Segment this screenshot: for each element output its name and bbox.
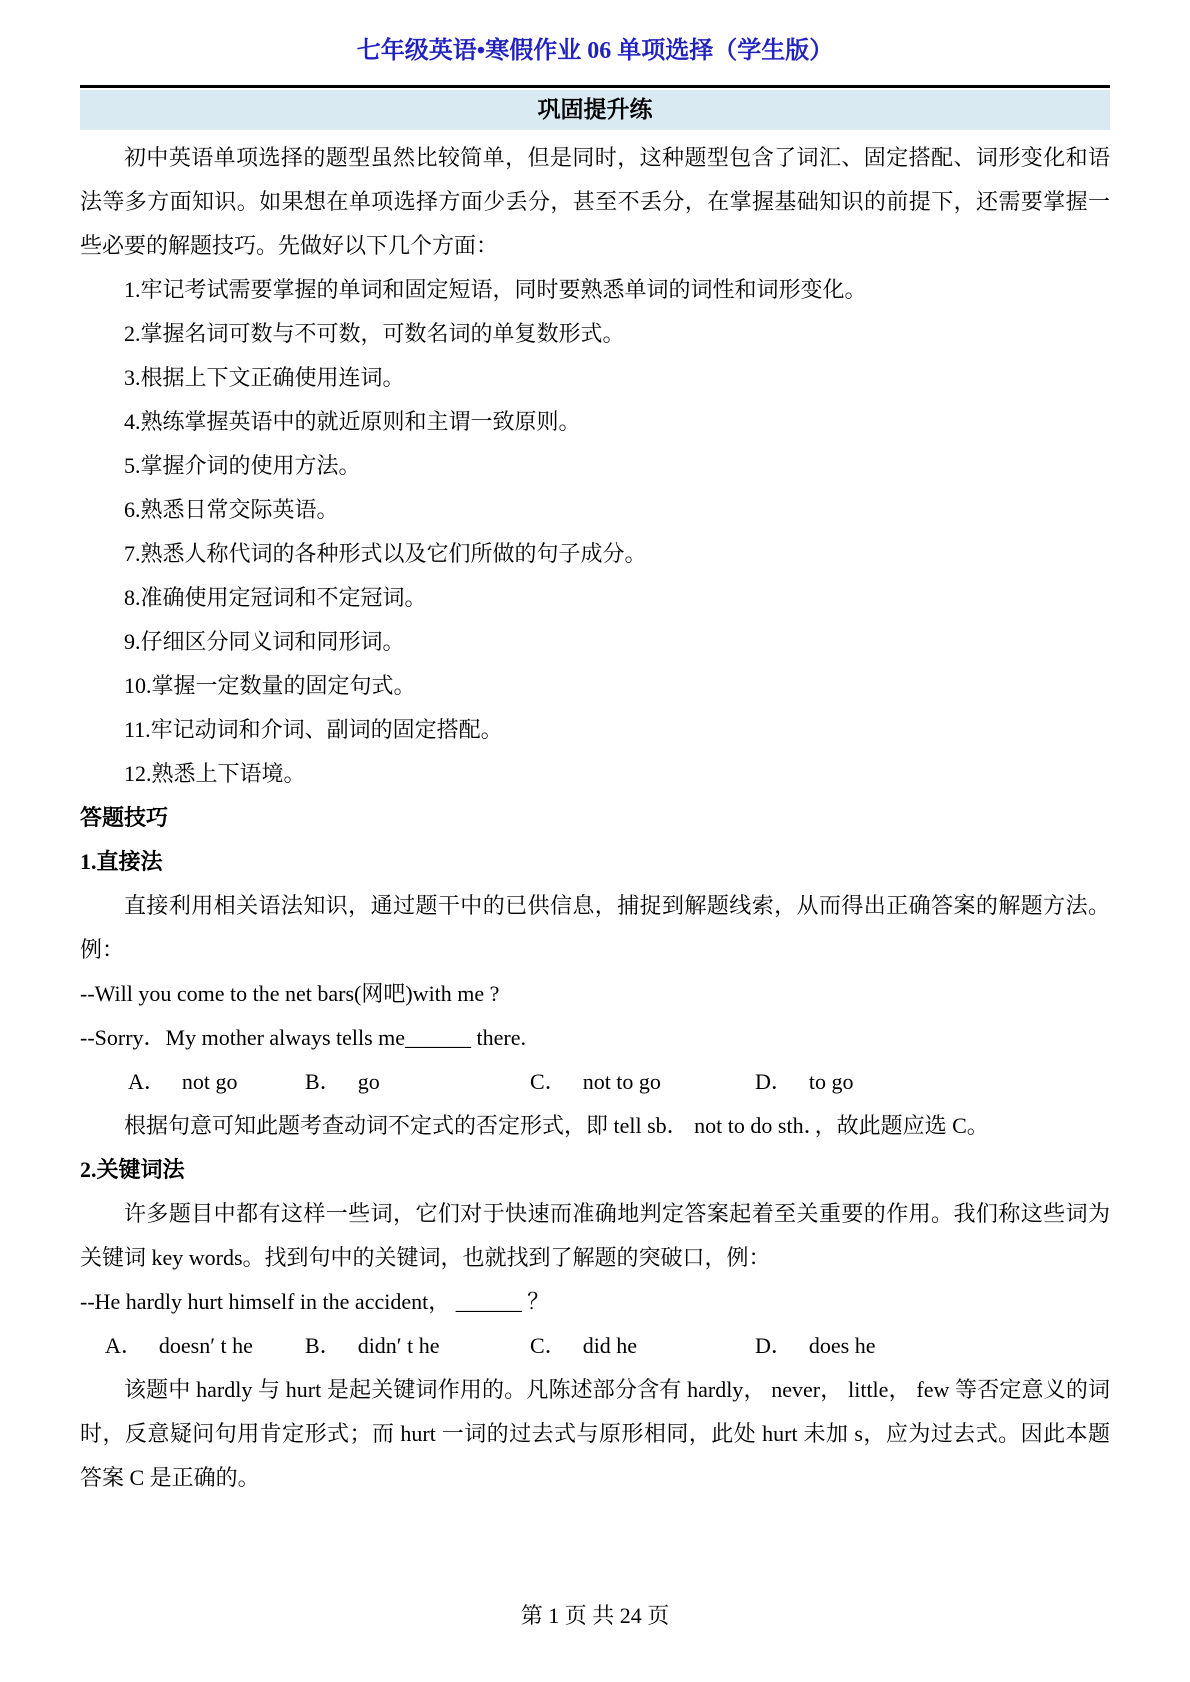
list-item: 1.牢记考试需要掌握的单词和固定短语，同时要熟悉单词的词性和词形变化。 (80, 268, 1110, 312)
option-label: A． (128, 1069, 166, 1094)
list-item: 2.掌握名词可数与不可数，可数名词的单复数形式。 (80, 312, 1110, 356)
option-label: D． (755, 1333, 793, 1358)
list-item: 3.根据上下文正确使用连词。 (80, 356, 1110, 400)
option-label: A． (105, 1333, 143, 1358)
option-label: C． (530, 1333, 567, 1358)
method1-explanation: 根据句意可知此题考查动词不定式的否定形式，即 tell sb． not to d… (80, 1104, 1110, 1148)
option-label: D． (755, 1069, 793, 1094)
option-text: not to go (583, 1069, 661, 1094)
list-item: 12.熟悉上下语境。 (80, 752, 1110, 796)
list-item: 5.掌握介词的使用方法。 (80, 444, 1110, 488)
question1-line1: --Will you come to the net bars(网吧)with … (80, 972, 1110, 1016)
option-text: to go (809, 1069, 854, 1094)
list-item: 8.准确使用定冠词和不定冠词。 (80, 576, 1110, 620)
option-a: A．not go (128, 1060, 305, 1104)
question1-line2: --Sorry．My mother always tells me______ … (80, 1016, 1110, 1060)
method1-title: 1.直接法 (80, 840, 1110, 884)
option-d: D．does he (755, 1324, 1110, 1368)
method2-title: 2.关键词法 (80, 1148, 1110, 1192)
option-d: D．to go (755, 1060, 1110, 1104)
option-label: C． (530, 1069, 567, 1094)
list-item: 7.熟悉人称代词的各种形式以及它们所做的句子成分。 (80, 532, 1110, 576)
option-c: C．did he (530, 1324, 755, 1368)
option-a: A．doesn′ t he (105, 1324, 305, 1368)
document-page: 七年级英语•寒假作业 06 单项选择（学生版） 巩固提升练 初中英语单项选择的题… (0, 0, 1190, 1682)
list-item: 4.熟练掌握英语中的就近原则和主谓一致原则。 (80, 400, 1110, 444)
question1-options: A．not go B．go C．not to go D．to go (80, 1060, 1110, 1104)
option-label: B． (305, 1069, 342, 1094)
header-divider (80, 85, 1110, 88)
option-c: C．not to go (530, 1060, 755, 1104)
document-body: 初中英语单项选择的题型虽然比较简单，但是同时，这种题型包含了词汇、固定搭配、词形… (0, 130, 1190, 1500)
option-label: B． (305, 1333, 342, 1358)
option-text: not go (182, 1069, 238, 1094)
option-text: didn′ t he (358, 1333, 440, 1358)
option-text: did he (583, 1333, 637, 1358)
option-b: B．didn′ t he (305, 1324, 530, 1368)
list-item: 11.牢记动词和介词、副词的固定搭配。 (80, 708, 1110, 752)
list-item: 10.掌握一定数量的固定句式。 (80, 664, 1110, 708)
method2-explanation: 该题中 hardly 与 hurt 是起关键词作用的。凡陈述部分含有 hardl… (80, 1368, 1110, 1500)
option-text: doesn′ t he (159, 1333, 253, 1358)
question2-line1: --He hardly hurt himself in the accident… (80, 1280, 1110, 1324)
list-item: 9.仔细区分同义词和同形词。 (80, 620, 1110, 664)
option-b: B．go (305, 1060, 530, 1104)
intro-paragraph: 初中英语单项选择的题型虽然比较简单，但是同时，这种题型包含了词汇、固定搭配、词形… (80, 136, 1110, 268)
section-banner: 巩固提升练 (80, 90, 1110, 130)
method1-description: 直接利用相关语法知识，通过题干中的已供信息，捕捉到解题线索，从而得出正确答案的解… (80, 884, 1110, 972)
method2-description: 许多题目中都有这样一些词，它们对于快速而准确地判定答案起着至关重要的作用。我们称… (80, 1192, 1110, 1280)
list-item: 6.熟悉日常交际英语。 (80, 488, 1110, 532)
page-title: 七年级英语•寒假作业 06 单项选择（学生版） (80, 0, 1110, 65)
page-number: 第 1 页 共 24 页 (0, 1599, 1190, 1630)
techniques-heading: 答题技巧 (80, 796, 1110, 840)
option-text: go (358, 1069, 380, 1094)
option-text: does he (809, 1333, 876, 1358)
question2-options: A．doesn′ t he B．didn′ t he C．did he D．do… (80, 1324, 1110, 1368)
